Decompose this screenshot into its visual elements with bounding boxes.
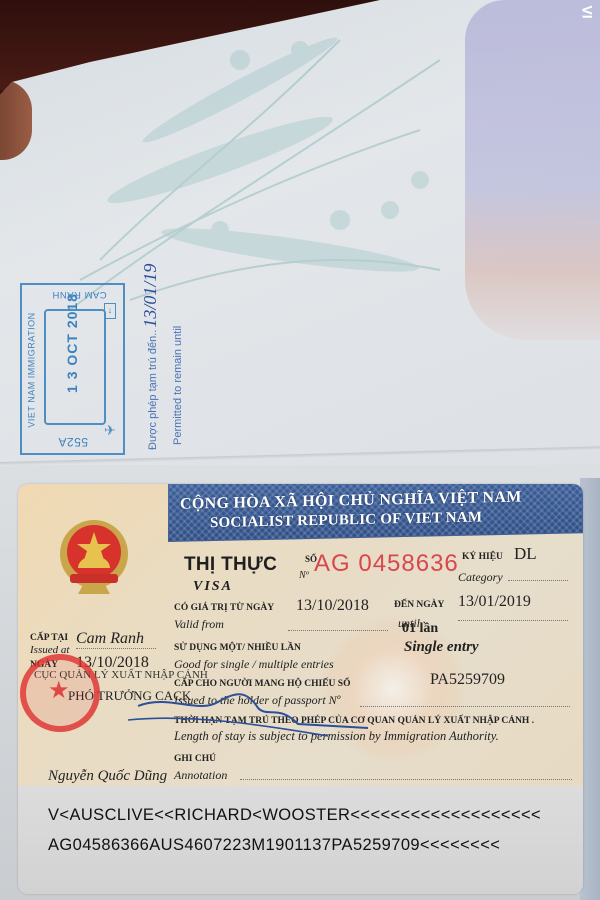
stamp-country-text: VIET NAM IMMIGRATION <box>27 312 37 427</box>
number-label-en: Nº <box>299 570 309 581</box>
visa-title-en: VISA <box>193 579 233 595</box>
annotation-label-en: Annotation <box>174 768 227 783</box>
permit-en-label: Permitted to remain until <box>172 326 184 445</box>
plant-watermark-icon <box>40 20 460 320</box>
upper-passport-page: VI VIET NAM IMMIGRATION CAM RANH 1 3 OCT… <box>0 0 600 470</box>
valid-from-label-en: Valid from <box>174 617 224 632</box>
star-icon: ★ <box>48 676 70 705</box>
valid-from-label-vn: CÓ GIÁ TRỊ TỪ NGÀY <box>174 603 274 613</box>
official-seal: ★ <box>20 654 100 732</box>
mrz-line-1: V<AUSCLIVE<<RICHARD<WOOSTER<<<<<<<<<<<<<… <box>48 806 541 825</box>
visa-sticker: CỘNG HÒA XÃ HỘI CHỦ NGHĨA VIỆT NAM SOCIA… <box>18 484 583 894</box>
entry-stamp: VIET NAM IMMIGRATION CAM RANH 1 3 OCT 20… <box>20 283 125 455</box>
header-en: SOCIALIST REPUBLIC OF VIET NAM <box>210 509 482 532</box>
category-label-vn: KÝ HIỆU <box>462 552 503 562</box>
machine-readable-zone: V<AUSCLIVE<<RICHARD<WOOSTER<<<<<<<<<<<<<… <box>18 786 583 894</box>
issued-at-label-vn: CẤP TẠI <box>30 633 68 643</box>
handwritten-permit-date: 13/01/19 <box>140 264 160 328</box>
right-watermark <box>465 0 600 340</box>
category-label-en: Category <box>458 570 503 585</box>
issued-at-value: Cam Ranh <box>76 630 144 648</box>
valid-from-value: 13/10/2018 <box>296 597 369 615</box>
category-value: DL <box>514 544 537 564</box>
finger <box>0 80 32 160</box>
stamp-date: 1 3 OCT 2018 <box>64 293 80 393</box>
annotation-label-vn: GHI CHÚ <box>174 754 216 764</box>
valid-until-label-vn: ĐẾN NGÀY <box>394 600 444 610</box>
valid-until-value: 13/01/2019 <box>458 593 531 611</box>
mrz-line-2: AG04586366AUS4607223M1901137PA5259709<<<… <box>48 836 500 855</box>
stamp-code: 552A <box>58 435 88 449</box>
signature-icon <box>98 684 378 744</box>
visa-title-vn: THỊ THỰC <box>184 554 277 576</box>
signer-name: Nguyễn Quốc Dũng <box>48 768 167 785</box>
next-page-edge <box>580 478 600 900</box>
visa-number: AG 0458636 <box>314 550 459 578</box>
arrow-entry-icon: ↓ <box>104 303 116 319</box>
watermark-corner-text: VI <box>579 5 595 18</box>
entries-value-vn: 01 lần <box>402 621 438 637</box>
permit-vn-label: Được phép tạm trú đến..13/01/19 <box>140 264 161 450</box>
entries-label-vn: SỬ DỤNG MỘT/ NHIỀU LẦN <box>174 643 301 653</box>
visa-header-band: CỘNG HÒA XÃ HỘI CHỦ NGHĨA VIỆT NAM SOCIA… <box>168 484 583 542</box>
passport-number: PA5259709 <box>430 671 505 689</box>
airplane-icon: ✈ <box>104 423 116 440</box>
national-emblem-icon <box>56 516 132 598</box>
entries-value-en: Single entry <box>404 639 479 656</box>
